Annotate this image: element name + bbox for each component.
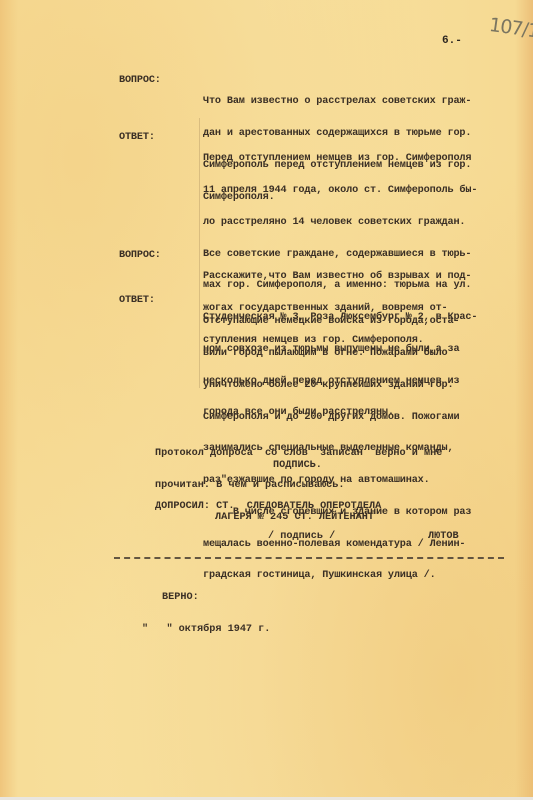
document-page: 6.- 107/11 ВОПРОС: Что Вам известно о ра… [0, 0, 533, 800]
qa-label: ОТВЕТ: [119, 133, 155, 144]
text-line: Симферополя и до 200 других домов. Пожог… [203, 413, 513, 424]
text-line: Отступающие немецкие войска из города,ос… [203, 317, 513, 328]
text-line: Перед отступлением немцев из гор. Симфер… [203, 154, 513, 165]
text-line: мещалась военно-полевая комендатура / Ле… [203, 540, 513, 551]
text-line: уничтожено более 20 крупнейших зданий го… [203, 381, 513, 392]
page-number: 6.- [442, 35, 462, 47]
certified-label: ВЕРНО: [162, 593, 199, 604]
text-line: вили город пылающим в огне. Пожарами был… [203, 349, 513, 360]
interrogator-rank: ЛАГЕРЯ № 245 СТ. ЛЕЙТЕНАНТ [215, 513, 374, 524]
interrogator-name: ЛЮТОВ [428, 532, 459, 543]
qa-label: ВОПРОС: [119, 251, 161, 262]
text-line: Расскажите,что Вам известно об взрывах и… [203, 272, 513, 283]
handwritten-archive-mark: 107/11 [488, 14, 533, 44]
text-line: Что Вам известно о расстрелах советских … [203, 97, 513, 108]
qa-label: ОТВЕТ: [119, 296, 155, 307]
interrogator-title: ДОПРОСИЛ: СТ. СЛЕДОВАТЕЛЬ ОПЕРОТДЕЛА [155, 502, 381, 513]
qa-label: ВОПРОС: [119, 76, 161, 87]
margin-line [199, 118, 200, 388]
witness-signature: ПОДПИСЬ. [273, 461, 322, 472]
text-line: Протокол допроса со слов записан верно и… [155, 449, 442, 460]
certification-date: " " октября 1947 г. [142, 625, 270, 636]
text-line: 11 апреля 1944 года, около ст. Симферопо… [203, 186, 513, 197]
text-line: прочитан. В чем и расписываюсь. [155, 481, 442, 492]
interrogator-signature: / подпись / [268, 532, 335, 543]
text-line: градская гостиница, Пушкинская улица /. [203, 571, 513, 582]
separator-rule [114, 557, 504, 559]
text-line: ло расстреляно 14 человек советских граж… [203, 218, 513, 229]
